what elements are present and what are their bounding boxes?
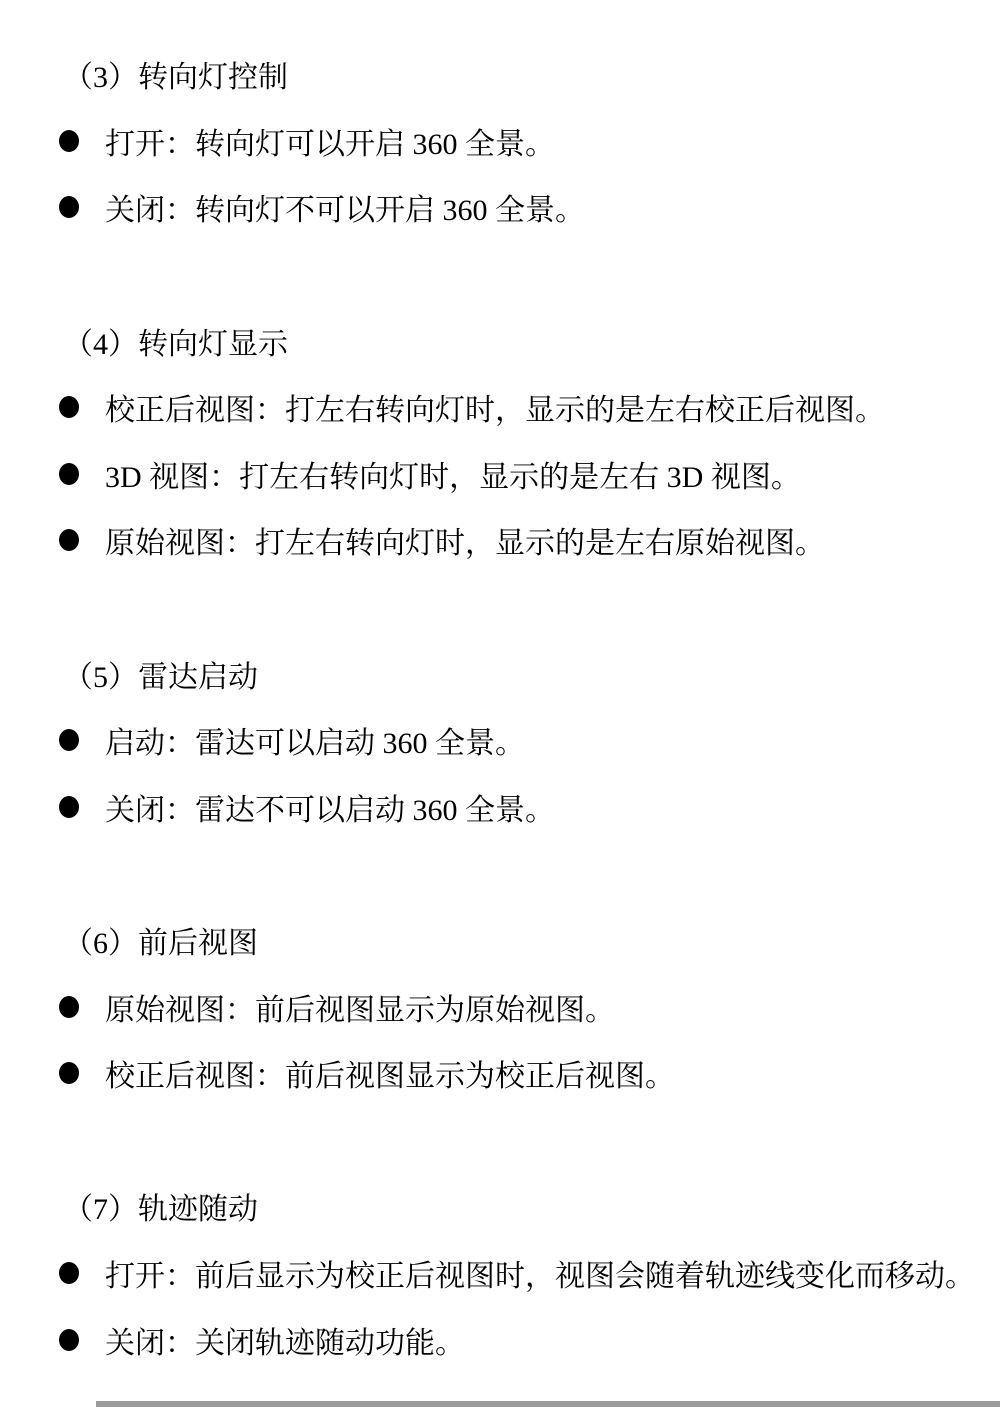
list-item-text: 原始视图：打左右转向灯时，显示的是左右原始视图。	[105, 518, 825, 562]
document-content: （3）转向灯控制 打开：转向灯可以开启 360 全景。 关闭：转向灯不可以开启 …	[0, 0, 1000, 1373]
section-heading: （4）转向灯显示	[0, 307, 1000, 374]
list-item: 关闭：雷达不可以启动 360 全景。	[0, 774, 1000, 841]
section-spacer	[0, 1107, 1000, 1174]
bullet-icon	[59, 996, 79, 1018]
list-item-text: 关闭：雷达不可以启动 360 全景。	[105, 785, 555, 829]
list-item-text: 3D 视图：打左右转向灯时，显示的是左右 3D 视图。	[105, 452, 801, 496]
list-item-text: 关闭：关闭轨迹随动功能。	[105, 1318, 465, 1362]
list-item: 关闭：转向灯不可以开启 360 全景。	[0, 174, 1000, 241]
list-item: 校正后视图：打左右转向灯时，显示的是左右校正后视图。	[0, 374, 1000, 441]
bullet-icon	[59, 130, 79, 152]
list-item-text: 校正后视图：打左右转向灯时，显示的是左右校正后视图。	[105, 385, 885, 429]
section-spacer	[0, 241, 1000, 308]
list-item-text: 关闭：转向灯不可以开启 360 全景。	[105, 185, 585, 229]
bullet-icon	[59, 796, 79, 818]
list-item-text: 校正后视图：前后视图显示为校正后视图。	[105, 1051, 675, 1095]
section-spacer	[0, 840, 1000, 907]
bullet-icon	[59, 1062, 79, 1084]
bullet-icon	[59, 1262, 79, 1284]
horizontal-scrollbar[interactable]	[96, 1401, 1000, 1407]
section-heading: （7）轨迹随动	[0, 1173, 1000, 1240]
list-item: 原始视图：前后视图显示为原始视图。	[0, 973, 1000, 1040]
list-item: 3D 视图：打左右转向灯时，显示的是左右 3D 视图。	[0, 441, 1000, 508]
list-item-text: 启动：雷达可以启动 360 全景。	[105, 718, 525, 762]
list-item-text: 打开：转向灯可以开启 360 全景。	[105, 119, 555, 163]
document-page: （3）转向灯控制 打开：转向灯可以开启 360 全景。 关闭：转向灯不可以开启 …	[0, 0, 1000, 1408]
bullet-icon	[59, 396, 79, 418]
section-spacer	[0, 574, 1000, 641]
bullet-icon	[59, 529, 79, 551]
list-item: 关闭：关闭轨迹随动功能。	[0, 1306, 1000, 1373]
section-heading: （6）前后视图	[0, 907, 1000, 974]
list-item: 启动：雷达可以启动 360 全景。	[0, 707, 1000, 774]
bullet-icon	[59, 729, 79, 751]
list-item-text: 原始视图：前后视图显示为原始视图。	[105, 985, 615, 1029]
bullet-icon	[59, 1329, 79, 1351]
section-heading: （5）雷达启动	[0, 640, 1000, 707]
bullet-icon	[59, 463, 79, 485]
list-item: 打开：前后显示为校正后视图时，视图会随着轨迹线变化而移动。	[0, 1240, 1000, 1307]
list-item: 打开：转向灯可以开启 360 全景。	[0, 108, 1000, 175]
list-item: 原始视图：打左右转向灯时，显示的是左右原始视图。	[0, 507, 1000, 574]
section-heading: （3）转向灯控制	[0, 41, 1000, 108]
bullet-icon	[59, 196, 79, 218]
list-item-text: 打开：前后显示为校正后视图时，视图会随着轨迹线变化而移动。	[105, 1251, 975, 1295]
list-item: 校正后视图：前后视图显示为校正后视图。	[0, 1040, 1000, 1107]
